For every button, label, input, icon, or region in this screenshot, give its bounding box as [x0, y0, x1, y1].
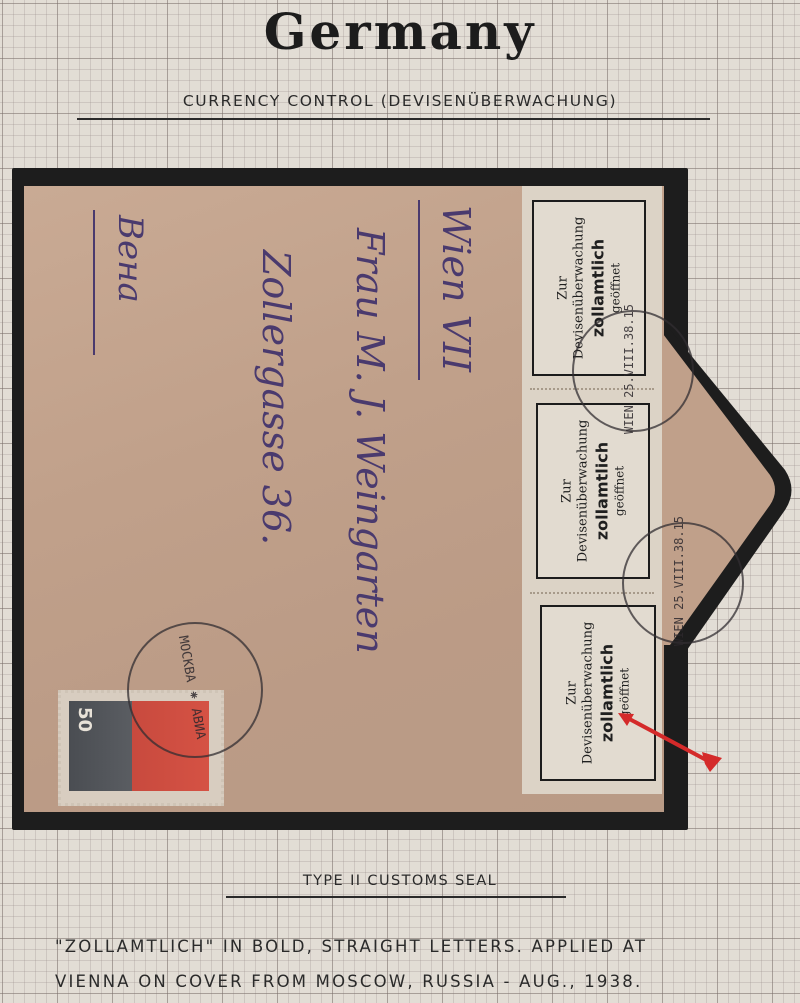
- description-line-2: VIENNA ON COVER FROM MOSCOW, RUSSIA - AU…: [55, 972, 755, 991]
- page-title: Germany: [0, 2, 800, 61]
- vienna-postmark-bottom: WIEN 25.VIII.38.15: [622, 522, 744, 644]
- seal-2-line3: zollamtlich: [592, 406, 612, 576]
- caption: TYPE II CUSTOMS SEAL: [0, 873, 800, 889]
- page-subtitle: CURRENCY CONTROL (DEVISENÜBERWACHUNG): [0, 92, 800, 110]
- address-line-street: Zollergasse 36.: [254, 250, 298, 545]
- address-line-recipient: Frau M. J. Weingarten: [348, 228, 392, 654]
- seal-2-line1: Zur: [559, 406, 575, 576]
- address-line-city: Wien VII: [434, 205, 478, 372]
- moscow-postmark: МОСКВА ⁕ АВИА: [127, 622, 263, 758]
- seal-3-line2: Devisenüberwachung: [581, 608, 597, 778]
- underline-cyrillic: [93, 210, 95, 355]
- address-line-cyrillic: Вена: [110, 215, 150, 303]
- seal-1-line1: Zur: [555, 203, 571, 373]
- seal-2-line2: Devisenüberwachung: [576, 406, 592, 576]
- description-line-1: "ZOLLAMTLICH" IN BOLD, STRAIGHT LETTERS.…: [55, 937, 755, 956]
- vienna-postmark-top: WIEN 25.VIII.38.15: [572, 310, 694, 432]
- pointer-arrow-icon: [610, 700, 730, 780]
- seal-3-line1: Zur: [564, 608, 580, 778]
- underline-city: [418, 200, 420, 380]
- moscow-postmark-text: МОСКВА ⁕ АВИА: [175, 635, 208, 741]
- vienna-postmark-top-text: WIEN 25.VIII.38.15: [622, 304, 636, 434]
- caption-rule: [226, 896, 566, 898]
- subtitle-rule: [77, 118, 710, 120]
- stamp-value: 50: [74, 707, 95, 732]
- vienna-postmark-bottom-text: WIEN 25.VIII.38.15: [672, 516, 686, 646]
